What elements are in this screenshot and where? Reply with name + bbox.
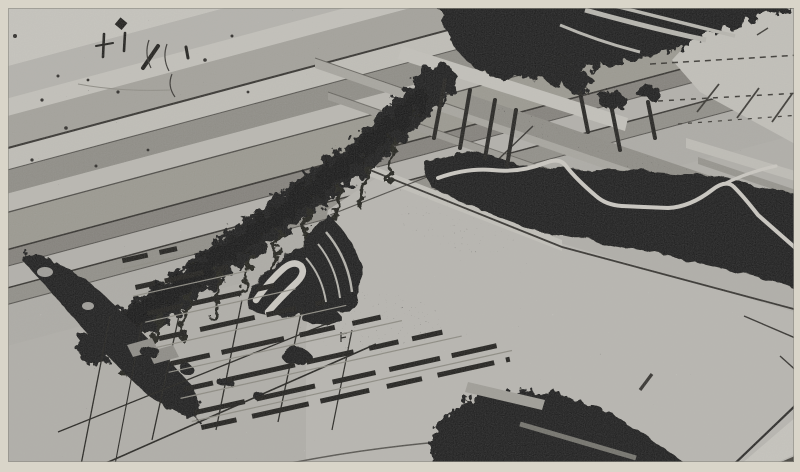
halftone-plate — [0, 0, 800, 472]
aerial-landscape-drawing — [0, 0, 800, 472]
photo-area — [0, 0, 800, 472]
grain-overlay — [8, 8, 794, 462]
